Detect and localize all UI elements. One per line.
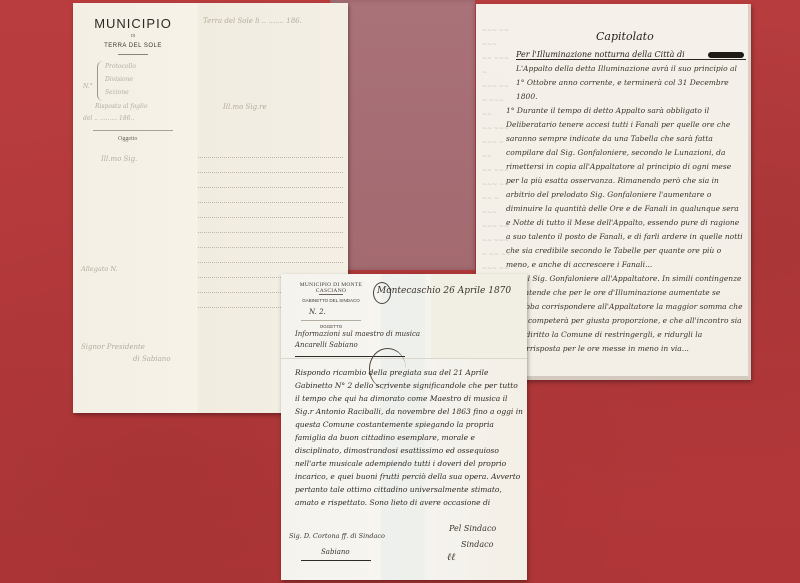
- field-del: del .. ......... 186..: [83, 115, 134, 122]
- body-line: [198, 233, 343, 248]
- number-rule: [301, 320, 361, 321]
- field-risposta: Risposta al foglio: [95, 103, 147, 110]
- letterhead-municipality: MUNICIPIO DI MONTE CASCIANO: [285, 282, 377, 294]
- letterhead-title: MUNICIPIO: [83, 16, 183, 31]
- letterhead-rule: [118, 54, 148, 55]
- allegato: Allegato N.: [81, 265, 118, 273]
- body-line: [198, 173, 343, 188]
- paragraph-continuation: ...al Sig. Gonfaloniere all'Appaltatore.…: [516, 272, 744, 356]
- field-sezione: Sezione: [105, 89, 129, 96]
- body-line: [198, 203, 343, 218]
- oggetto-line-2: Ancarelli Sabiano: [295, 341, 358, 349]
- letterhead-di: DI: [83, 33, 183, 38]
- letter-body: Rispondo ricambio della pregiata sua del…: [295, 366, 523, 506]
- letter-number: N. 2.: [309, 308, 326, 316]
- signature-line-1: Pel Sindaco: [449, 524, 496, 533]
- signature-line-2: Sindaco: [461, 540, 493, 549]
- capitolato-title: Capitolato: [596, 30, 654, 43]
- body-line: [198, 158, 343, 173]
- addressee-line-1: Sig. D. Cortona ff. di Sindaco: [289, 532, 385, 540]
- salutation: Ill.mo Sig.re: [223, 103, 267, 111]
- body-line: [198, 188, 343, 203]
- addressee-line-2: di Sabiano: [133, 355, 171, 363]
- paragraph-article-1: 1° Durante il tempo di detto Appalto sar…: [506, 104, 744, 272]
- addressee-underline: [301, 560, 371, 561]
- brace-mark: [97, 61, 104, 101]
- letterhead-subtitle: TERRA DEL SOLE: [83, 43, 183, 49]
- redacted-city-name: [708, 52, 744, 58]
- oggetto-label: Oggetto: [118, 136, 137, 142]
- oggetto-label: OGGETTO: [285, 324, 377, 329]
- brace-prefix: N.°: [83, 83, 93, 90]
- mauve-fabric-panel: [330, 0, 475, 270]
- letterhead-rule: [319, 294, 343, 295]
- letterhead-office: GABINETTO DEL SINDACO: [285, 298, 377, 303]
- body-line: [198, 218, 343, 233]
- body-line: [198, 143, 343, 158]
- dateline: Montecaschio 26 Aprile 1870: [377, 286, 511, 296]
- field-divisione: Divisione: [105, 76, 133, 83]
- paragraph-appalto: L'Appalto della detta Illuminazione avrà…: [516, 62, 744, 104]
- field-protocollo: Protocollo: [105, 63, 136, 70]
- middle-document-monte-casciano-letter: MUNICIPIO DI MONTE CASCIANO GABINETTO DE…: [281, 274, 527, 580]
- body-line: [198, 248, 343, 263]
- dateline: Terra del Sole li .. ....... 186.: [203, 17, 302, 25]
- oggetto-text: Ill.mo Sig.: [101, 155, 137, 163]
- oggetto-line-1: Informazioni sul maestro di musica: [295, 330, 420, 338]
- addressee-line-1: Signor Presidente: [81, 343, 145, 351]
- signature-initials: ℓℓ: [447, 552, 455, 563]
- oggetto-rule: [93, 130, 173, 131]
- dateline-flourish: [373, 282, 391, 304]
- addressee-line-2: Sabiano: [321, 548, 350, 556]
